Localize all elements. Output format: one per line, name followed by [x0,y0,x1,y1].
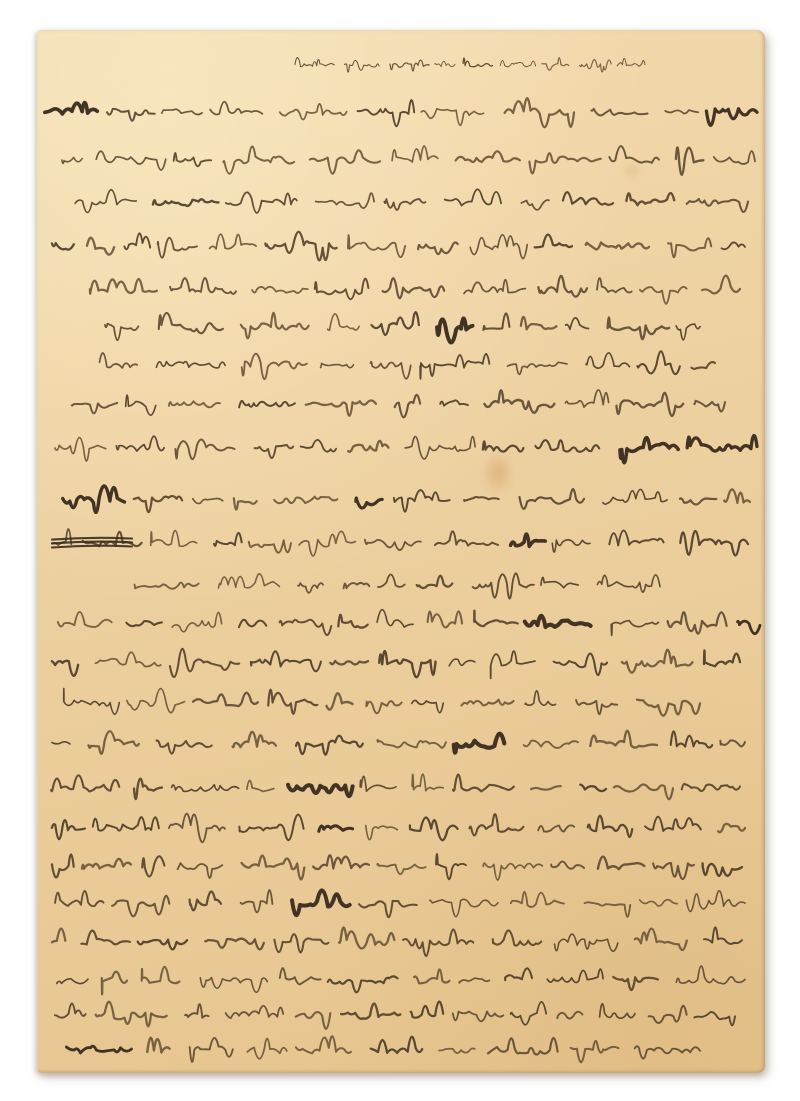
handwriting-text [37,30,765,1073]
scan-background [0,0,800,1101]
letter-paper [37,30,765,1073]
